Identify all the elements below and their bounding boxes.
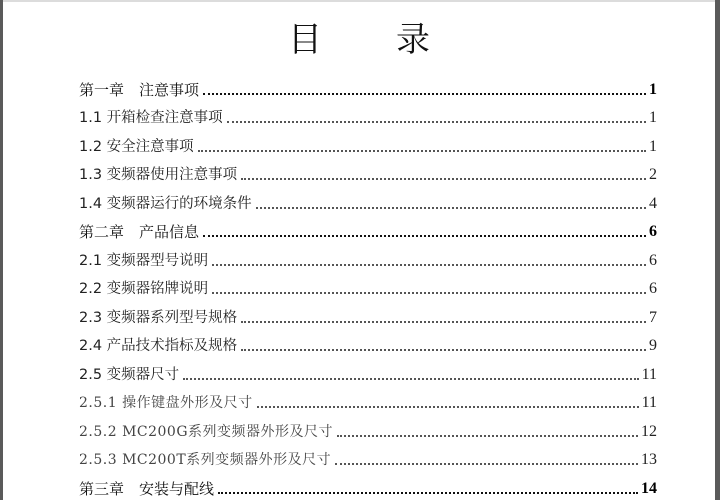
- dot-leader: [203, 93, 646, 95]
- toc-entry-label: 1.2 安全注意事项: [79, 137, 194, 157]
- toc-entry-2-2[interactable]: 2.2 变频器铭牌说明 6: [79, 271, 657, 300]
- toc-entry-chapter-2[interactable]: 第二章 产品信息 6: [79, 214, 657, 243]
- toc-page-number: 1: [649, 108, 657, 128]
- toc-page-number: 12: [641, 422, 657, 442]
- toc-entry-label: 2.5 变频器尺寸: [79, 365, 179, 385]
- toc-entry-1-3[interactable]: 1.3 变频器使用注意事项 2: [79, 157, 657, 186]
- toc-entry-label: 2.5.1 操作键盘外形及尺寸: [79, 393, 253, 413]
- toc-entry-label: 1.3 变频器使用注意事项: [79, 165, 237, 185]
- toc-entry-label: 1.1 开箱检查注意事项: [79, 108, 223, 128]
- toc-page-number: 11: [642, 365, 657, 385]
- title-char-2: 录: [396, 20, 430, 60]
- toc-entry-2-4[interactable]: 2.4 产品技术指标及规格 9: [79, 328, 657, 357]
- toc-page-number: 7: [649, 308, 657, 328]
- dot-leader: [241, 178, 646, 180]
- dot-leader: [241, 321, 646, 323]
- window-right-border: [715, 0, 720, 500]
- dot-leader: [241, 349, 646, 351]
- toc-page-number: 6: [649, 222, 657, 242]
- toc-entry-1-2[interactable]: 1.2 安全注意事项 1: [79, 128, 657, 157]
- dot-leader: [257, 406, 639, 408]
- toc-page-number: 14: [641, 479, 657, 499]
- toc-entry-label: 2.1 变频器型号说明: [79, 251, 208, 271]
- toc-page-number: 11: [642, 393, 657, 413]
- page-title: 目录: [3, 20, 715, 60]
- document-page: 目录 第一章 注意事项 1 1.1 开箱检查注意事项 1 1.2 安全注意事项 …: [3, 2, 715, 500]
- toc-entry-label: 2.4 产品技术指标及规格: [79, 336, 237, 356]
- dot-leader: [212, 264, 646, 266]
- toc-entry-label: 第三章 安装与配线: [79, 479, 214, 499]
- toc-entry-2-5-2[interactable]: 2.5.2 MC200G系列变频器外形及尺寸 12: [79, 413, 657, 442]
- toc-entry-2-1[interactable]: 2.1 变频器型号说明 6: [79, 242, 657, 271]
- toc-entry-2-5-1[interactable]: 2.5.1 操作键盘外形及尺寸 11: [79, 385, 657, 414]
- toc-entry-1-1[interactable]: 1.1 开箱检查注意事项 1: [79, 100, 657, 129]
- toc-page-number: 6: [649, 279, 657, 299]
- toc-entry-chapter-1[interactable]: 第一章 注意事项 1: [79, 71, 657, 100]
- dot-leader: [337, 435, 638, 437]
- toc-page-number: 4: [649, 194, 657, 214]
- toc-page-number: 13: [641, 450, 657, 470]
- dot-leader: [227, 121, 646, 123]
- dot-leader: [218, 492, 638, 494]
- dot-leader: [335, 463, 638, 465]
- toc-page-number: 1: [649, 137, 657, 157]
- toc-entry-1-4[interactable]: 1.4 变频器运行的环境条件 4: [79, 185, 657, 214]
- toc-entry-label: 2.2 变频器铭牌说明: [79, 279, 208, 299]
- toc-entry-label: 第二章 产品信息: [79, 222, 199, 242]
- dot-leader: [203, 235, 646, 237]
- dot-leader: [183, 378, 638, 380]
- toc-entry-label: 第一章 注意事项: [79, 80, 199, 100]
- title-char-1: 目: [288, 20, 322, 60]
- toc-page-number: 6: [649, 251, 657, 271]
- toc-entry-chapter-3[interactable]: 第三章 安装与配线 14: [79, 470, 657, 499]
- toc-entry-label: 2.5.3 MC200T系列变频器外形及尺寸: [79, 450, 331, 470]
- toc-entry-label: 2.3 变频器系列型号规格: [79, 308, 237, 328]
- table-of-contents: 第一章 注意事项 1 1.1 开箱检查注意事项 1 1.2 安全注意事项 1 1…: [79, 71, 657, 499]
- toc-entry-label: 1.4 变频器运行的环境条件: [79, 194, 252, 214]
- toc-page-number: 1: [649, 80, 657, 100]
- toc-page-number: 2: [649, 165, 657, 185]
- toc-entry-2-3[interactable]: 2.3 变频器系列型号规格 7: [79, 299, 657, 328]
- toc-entry-label: 2.5.2 MC200G系列变频器外形及尺寸: [79, 422, 333, 442]
- dot-leader: [198, 150, 646, 152]
- toc-page-number: 9: [649, 336, 657, 356]
- toc-entry-2-5[interactable]: 2.5 变频器尺寸 11: [79, 356, 657, 385]
- toc-entry-2-5-3[interactable]: 2.5.3 MC200T系列变频器外形及尺寸 13: [79, 442, 657, 471]
- dot-leader: [212, 292, 646, 294]
- dot-leader: [256, 207, 646, 209]
